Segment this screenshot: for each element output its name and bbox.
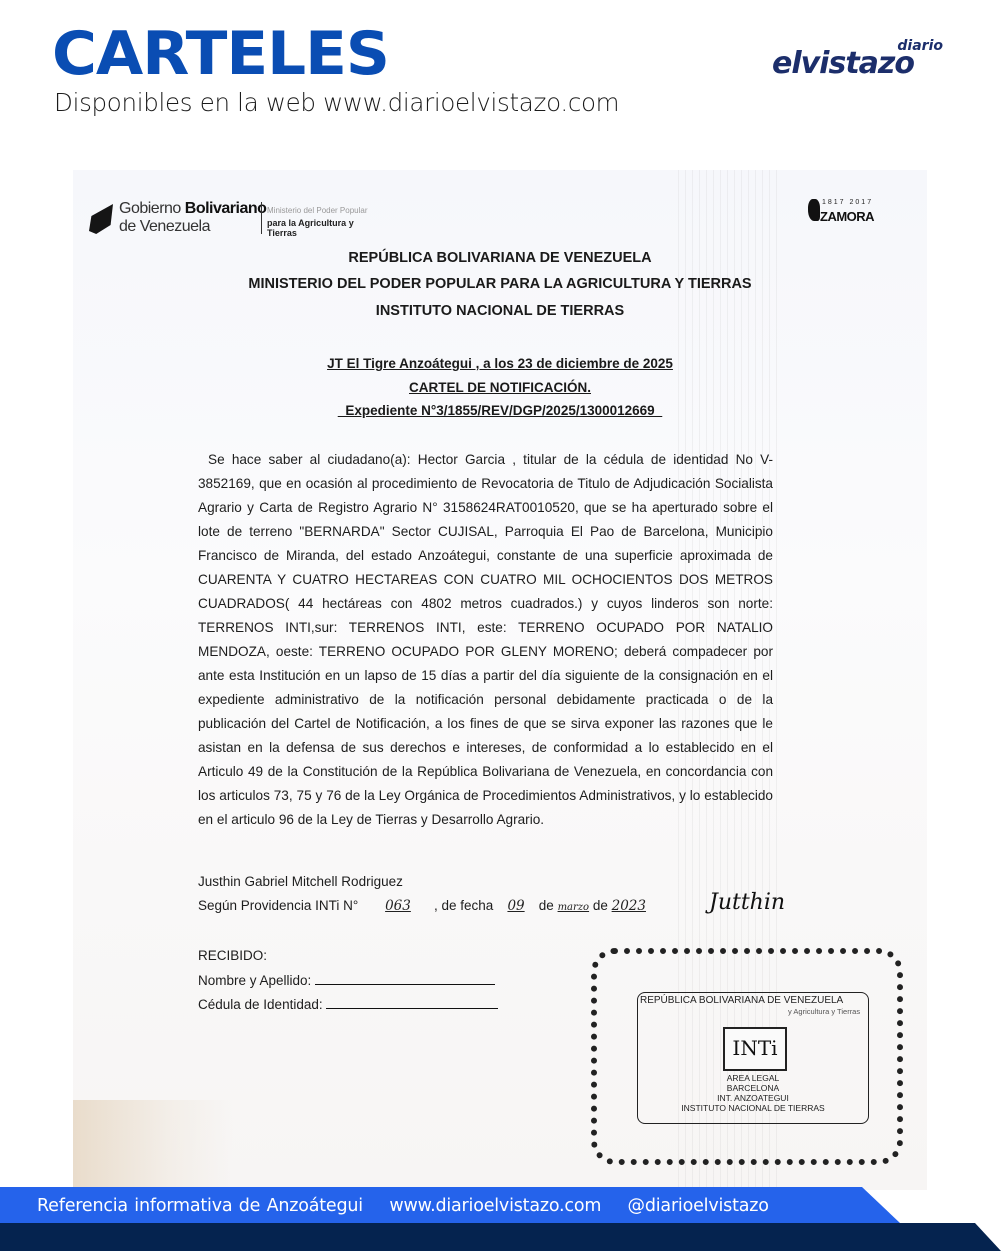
footer-dark-band (0, 1223, 1001, 1251)
name-field: Nombre y Apellido: (198, 972, 495, 988)
expediente-number: _Expediente N°3/1855/REV/DGP/2025/130001… (73, 403, 927, 418)
brand-logo-main: elvistazo (772, 46, 914, 81)
providencia-number: 063 (362, 898, 434, 914)
stamp-top-line: REPÚBLICA BOLIVARIANA DE VENEZUELA (640, 995, 843, 1006)
heading-ministry: MINISTERIO DEL PODER POPULAR PARA LA AGR… (73, 276, 927, 292)
zamora-years: 1817 2017 (822, 199, 873, 206)
venezuela-map-icon (89, 204, 113, 234)
id-blank-line (326, 996, 498, 1009)
id-label: Cédula de Identidad: (198, 997, 326, 1012)
gov-logo-line1: Gobierno Bolivariano (119, 200, 266, 218)
ministry-line2: para la Agricultura y Tierras (267, 218, 369, 238)
de-label-2: de (589, 898, 612, 913)
fecha-month: marzo (558, 902, 590, 913)
stamp-second-line: y Agricultura y Tierras (788, 1007, 860, 1016)
stamp-text-lines: AREA LEGAL BARCELONA INT. ANZOATEGUI INS… (638, 1073, 868, 1113)
gov-logo-light: Gobierno (119, 200, 185, 217)
footer-social-handle[interactable]: @diarioelvistazo (628, 1196, 769, 1216)
received-label: RECIBIDO: (198, 948, 267, 963)
heading-institute: INSTITUTO NACIONAL DE TIERRAS (73, 303, 927, 319)
fecha-label: , de fecha (434, 898, 497, 913)
stamp-line: AREA LEGAL (638, 1073, 868, 1083)
footer-text: Referencia informativa de Anzoátegui www… (37, 1196, 789, 1216)
stamp-line: INT. ANZOATEGUI (638, 1093, 868, 1103)
official-stamp: REPÚBLICA BOLIVARIANA DE VENEZUELA y Agr… (591, 948, 903, 1165)
de-label-1: de (535, 898, 558, 913)
zamora-name: ZAMORA (820, 209, 874, 224)
page-subtitle: Disponibles en la web www.diarioelvistaz… (54, 88, 619, 117)
place-date: JT El Tigre Anzoátegui , a los 23 de dic… (73, 356, 927, 371)
providencia-line: Según Providencia INTi N° 063, de fecha … (198, 898, 646, 914)
cartel-title: CARTEL DE NOTIFICACIÓN. (73, 380, 927, 395)
gov-logo-divider (261, 202, 262, 234)
name-label: Nombre y Apellido: (198, 973, 315, 988)
brand-logo[interactable]: diario elvistazo (772, 38, 947, 88)
footer-website-link[interactable]: www.diarioelvistazo.com (389, 1196, 601, 1216)
stamp-line: INSTITUTO NACIONAL DE TIERRAS (638, 1103, 868, 1113)
handwritten-signature: Jutthin (709, 890, 785, 915)
inti-logo-icon: INTi (723, 1027, 787, 1071)
stamp-inner-box: REPÚBLICA BOLIVARIANA DE VENEZUELA y Agr… (637, 992, 869, 1124)
id-field: Cédula de Identidad: (198, 996, 498, 1012)
signer-name: Justhin Gabriel Mitchell Rodriguez (198, 874, 403, 889)
stamp-line: BARCELONA (638, 1083, 868, 1093)
fecha-day: 09 (497, 898, 535, 914)
notification-body: Se hace saber al ciudadano(a): Hector Ga… (198, 448, 773, 832)
zamora-logo: 1817 2017 ZAMORA (808, 195, 878, 235)
fecha-year: 2023 (612, 898, 646, 914)
name-blank-line (315, 972, 495, 985)
page-title: CARTELES (52, 18, 389, 90)
zamora-figure-icon (808, 199, 820, 221)
providencia-label: Según Providencia INTi N° (198, 898, 362, 913)
heading-republic: REPÚBLICA BOLIVARIANA DE VENEZUELA (73, 250, 927, 266)
footer-tagline: Referencia informativa de Anzoátegui (37, 1196, 363, 1216)
gov-logo: Gobierno Bolivariano de Venezuela Minist… (89, 200, 369, 240)
gov-logo-bold: Bolivariano (185, 200, 267, 217)
scanned-document: Gobierno Bolivariano de Venezuela Minist… (73, 170, 927, 1190)
gov-logo-line2: de Venezuela (119, 218, 210, 236)
ministry-line1: Ministerio del Poder Popular (267, 206, 368, 215)
